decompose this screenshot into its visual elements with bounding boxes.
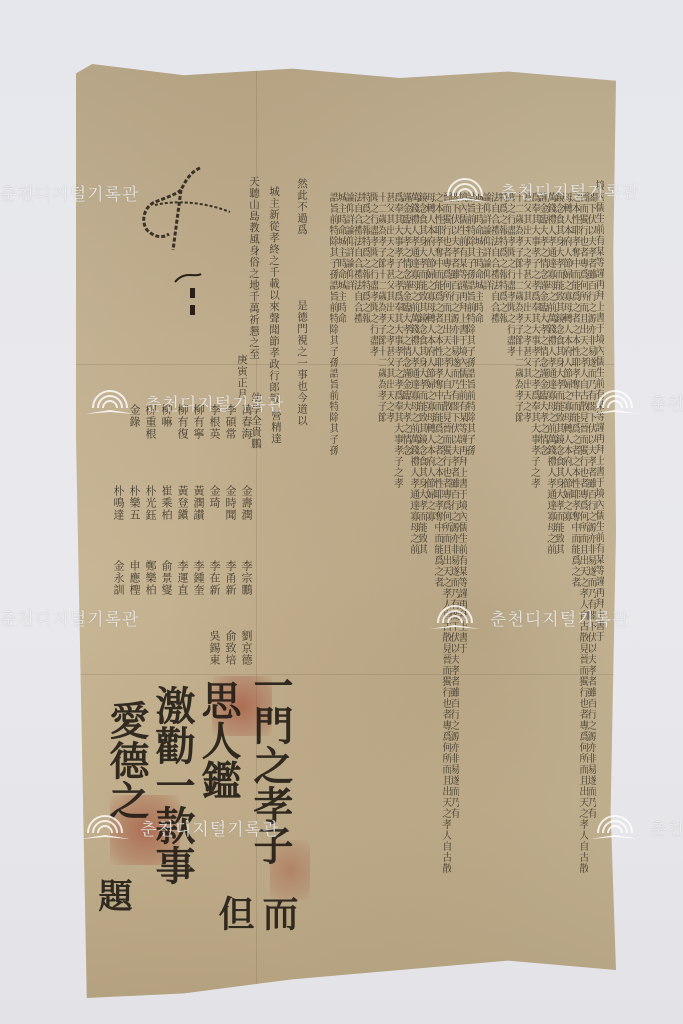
archive-logo-icon <box>590 807 640 843</box>
signatory-name: 朴光鈺 <box>144 485 156 521</box>
decision-text: 而但 <box>212 895 300 955</box>
cursive-endorsement-4: 愛德之 <box>104 700 148 880</box>
archive-logo-icon <box>80 807 130 843</box>
signatory-name: 金壽潤 <box>240 485 252 521</box>
watermark-text: 춘천디지털기록관 <box>650 390 683 415</box>
signatory-name: 金時聞 <box>224 485 236 521</box>
signatory-name: 李運直 <box>176 560 188 596</box>
signatory-name: 金永訓 <box>112 560 124 596</box>
middle-column-1: 然此不過爲 <box>296 178 308 298</box>
signatory-name: 黃潤讃 <box>192 485 204 521</box>
petition-text-column: 誥旨前特除其子孫誥旨前特除其子孫誥旨前特除其子孫 <box>326 192 338 732</box>
signatory-name: 金琦 <box>208 485 220 509</box>
extra-note: 營精達 <box>270 410 282 470</box>
left-column-2: 城主新從孝終之千載以來聲聞節孝政行郎報 <box>268 186 280 416</box>
archive-logo-icon <box>85 382 135 418</box>
signatory-name: 李在新 <box>208 560 220 596</box>
archive-logo-icon <box>440 170 490 206</box>
signatory-name: 朴鳴達 <box>112 485 124 521</box>
middle-column-2: 是德門視之一事也今道以 <box>296 300 308 460</box>
signatory-name: 朴樂五 <box>128 485 140 521</box>
archive-logo-icon <box>430 597 480 633</box>
signatory-name: 崔乘柏 <box>160 485 172 521</box>
cursive-signature: 題 <box>90 878 134 938</box>
signatory-name: 俞景燮 <box>160 560 172 596</box>
signatory-name: 黃登鎭 <box>176 485 188 521</box>
signatory-name: 李鍾奎 <box>192 560 204 596</box>
signatory-name: 俞致培 <box>224 630 236 666</box>
watermark-text: 춘천디지털기록관 <box>0 180 139 205</box>
signatory-name: 申應檉 <box>128 560 140 596</box>
archive-logo-icon <box>590 382 640 418</box>
watermark-text: 춘천디지털기록관 <box>145 390 284 415</box>
watermark-text: 춘천디지털기록관 <box>650 815 683 840</box>
watermark-text: 춘천디지털기록관 <box>140 815 279 840</box>
watermark-text: 춘천디지털기록관 <box>490 605 629 630</box>
watermark-text: 춘천디지털기록관 <box>0 605 139 630</box>
signatory-name: 李宗鵬 <box>240 560 252 596</box>
signatory-name: 李甬新 <box>224 560 236 596</box>
ink-doodle-icon <box>135 160 255 320</box>
watermark-text: 춘천디지털기록관 <box>500 178 639 203</box>
signatory-name: 吳錫東 <box>208 630 220 666</box>
signatory-name: 劉京德 <box>240 630 252 666</box>
signatory-name: 鄭樂柏 <box>144 560 156 596</box>
